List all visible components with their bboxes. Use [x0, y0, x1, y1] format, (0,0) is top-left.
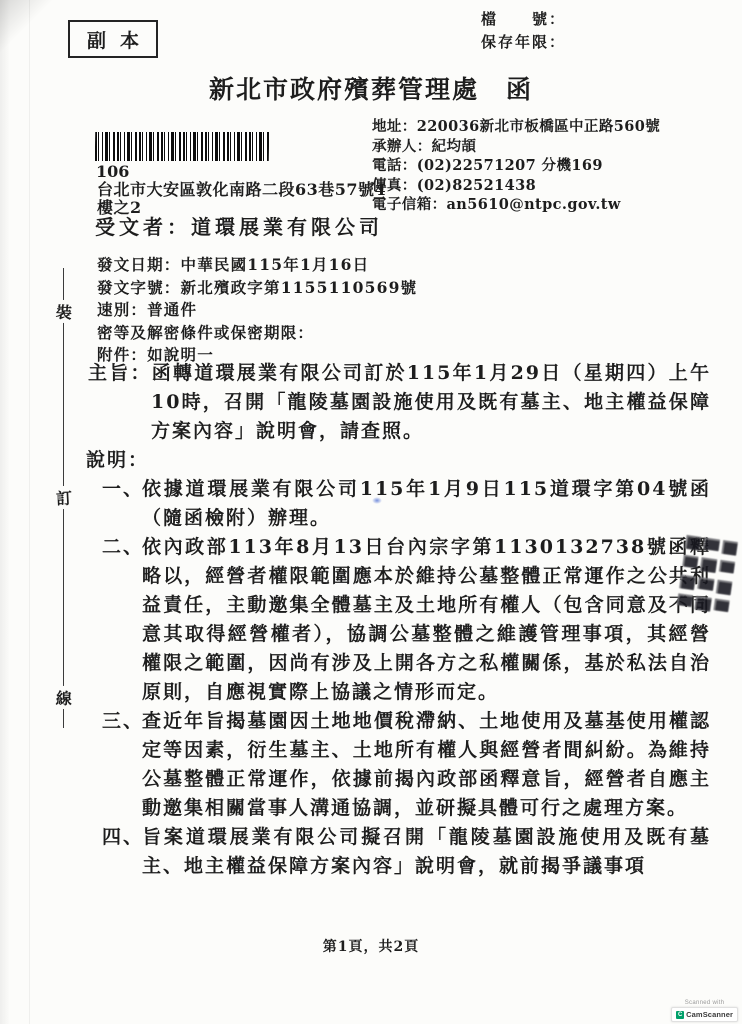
- ink-smudge: [372, 497, 382, 504]
- recipient-address-line1: 台北市大安區敦化南路二段63巷57號4: [97, 181, 386, 199]
- subject-paragraph: 主旨：函轉道環展業有限公司訂於115年1月29日（星期四）上午10時，召開「龍陵…: [82, 359, 711, 446]
- copy-label-box: 副本: [68, 20, 158, 58]
- security-classification: 密等及解密條件或保密期限：: [97, 322, 417, 345]
- barcode: [95, 132, 270, 161]
- item-number: 四、: [102, 823, 144, 852]
- scanned-document-page: 副本 檔 號： 保存年限： 新北市政府殯葬管理處 函 地址：220036新北市板…: [0, 0, 742, 1024]
- item-text: 依據道環展業有限公司115年1月9日115道環字第04號函（隨函檢附）辦理。: [142, 478, 711, 529]
- camscanner-icon: C: [676, 1011, 684, 1019]
- priority-level: 速別：普通件: [97, 299, 417, 322]
- copy-label: 副本: [87, 26, 153, 53]
- item-text: 查近年旨揭墓園因土地地價稅滯納、土地使用及墓基使用權認定等因素，衍生墓主、土地所…: [142, 710, 711, 819]
- explanation-item-1: 一、依據道環展業有限公司115年1月9日115道環字第04號函（隨函檢附）辦理。: [82, 475, 711, 533]
- binding-mark-zhuang: 裝: [53, 299, 75, 323]
- camscanner-label: CamScanner: [686, 1010, 733, 1019]
- item-number: 三、: [102, 707, 144, 736]
- sender-contact-block: 地址：220036新北市板橋區中正路560號 承辦人：紀均頡 電話：(02)22…: [372, 117, 660, 215]
- sender-address: 地址：220036新北市板橋區中正路560號: [372, 117, 660, 137]
- page-number-footer: 第1頁，共2頁: [0, 936, 742, 956]
- binding-mark-xian: 線: [53, 685, 74, 709]
- camscanner-watermark: Scanned with C CamScanner: [671, 1000, 738, 1022]
- recipient-postal-code: 106: [96, 162, 129, 181]
- ink-stamp: [676, 535, 738, 617]
- scan-edge-line: [29, 0, 30, 1024]
- sender-phone: 電話：(02)22571207 分機169: [372, 156, 660, 176]
- sender-email: 電子信箱：an5610@ntpc.gov.tw: [372, 195, 660, 215]
- item-text: 旨案道環展業有限公司擬召開「龍陵墓園設施使用及既有墓主、地主權益保障方案內容」說…: [142, 826, 711, 877]
- item-number: 二、: [102, 533, 144, 562]
- recipient-name: 受文者：道環展業有限公司: [95, 211, 383, 240]
- binding-mark-ding: 訂: [53, 485, 74, 509]
- document-title: 新北市政府殯葬管理處 函: [0, 70, 742, 106]
- file-number-label: 檔 號：: [481, 8, 566, 31]
- letter-body: 主旨：函轉道環展業有限公司訂於115年1月29日（星期四）上午10時，召開「龍陵…: [82, 359, 711, 881]
- document-number: 發文字號：新北殯政字第1155110569號: [97, 277, 417, 300]
- subject-label: 主旨：: [88, 362, 152, 384]
- explanation-item-2: 二、依內政部113年8月13日台內宗字第1130132738號函釋略以，經營者權…: [82, 533, 711, 707]
- document-meta-block: 發文日期：中華民國115年1月16日 發文字號：新北殯政字第1155110569…: [97, 254, 417, 367]
- retention-period-label: 保存年限：: [481, 31, 566, 54]
- explanation-item-3: 三、查近年旨揭墓園因土地地價稅滯納、土地使用及墓基使用權認定等因素，衍生墓主、土…: [82, 707, 711, 823]
- scanned-with-text: Scanned with: [671, 1000, 738, 1006]
- camscanner-badge: C CamScanner: [671, 1007, 738, 1022]
- item-number: 一、: [102, 475, 144, 504]
- sender-contact-person: 承辦人：紀均頡: [372, 137, 660, 157]
- issue-date: 發文日期：中華民國115年1月16日: [97, 254, 417, 277]
- explanation-label: 說明：: [82, 446, 711, 475]
- item-text: 依內政部113年8月13日台內宗字第1130132738號函釋略以，經營者權限範…: [142, 536, 711, 703]
- explanation-item-4: 四、旨案道環展業有限公司擬召開「龍陵墓園設施使用及既有墓主、地主權益保障方案內容…: [82, 823, 711, 881]
- file-labels: 檔 號： 保存年限：: [481, 8, 566, 54]
- subject-text: 函轉道環展業有限公司訂於115年1月29日（星期四）上午10時，召開「龍陵墓園設…: [151, 362, 711, 442]
- sender-fax: 傳真：(02)82521438: [372, 176, 660, 196]
